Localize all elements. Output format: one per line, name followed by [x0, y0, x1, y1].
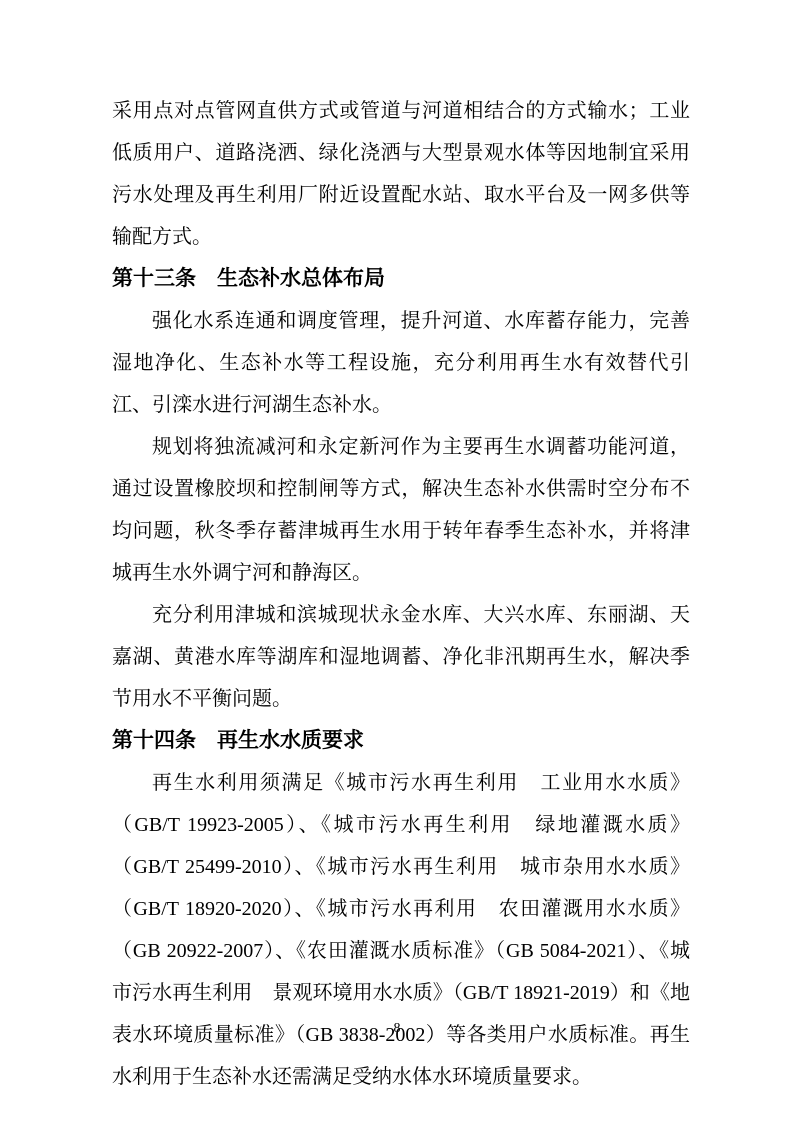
- page-number: 8: [0, 1020, 794, 1038]
- body-paragraph-continued: 采用点对点管网直供方式或管道与河道相结合的方式输水；工业低质用户、道路浇洒、绿化…: [112, 90, 690, 258]
- clause-13-paragraph-2: 规划将独流减河和永定新河作为主要再生水调蓄功能河道，通过设置橡胶坝和控制闸等方式…: [112, 426, 690, 594]
- clause-14-heading: 第十四条 再生水水质要求: [112, 720, 690, 762]
- clause-14-paragraph-1: 再生水利用须满足《城市污水再生利用 工业用水水质》（GB/T 19923-200…: [112, 762, 690, 1098]
- clause-13-paragraph-3: 充分利用津城和滨城现状永金水库、大兴水库、东丽湖、天嘉湖、黄港水库等湖库和湿地调…: [112, 594, 690, 720]
- document-body: 采用点对点管网直供方式或管道与河道相结合的方式输水；工业低质用户、道路浇洒、绿化…: [112, 90, 690, 1098]
- clause-13-paragraph-1: 强化水系连通和调度管理，提升河道、水库蓄存能力，完善湿地净化、生态补水等工程设施…: [112, 300, 690, 426]
- clause-13-heading: 第十三条 生态补水总体布局: [112, 258, 690, 300]
- document-page: 采用点对点管网直供方式或管道与河道相结合的方式输水；工业低质用户、道路浇洒、绿化…: [0, 0, 794, 1123]
